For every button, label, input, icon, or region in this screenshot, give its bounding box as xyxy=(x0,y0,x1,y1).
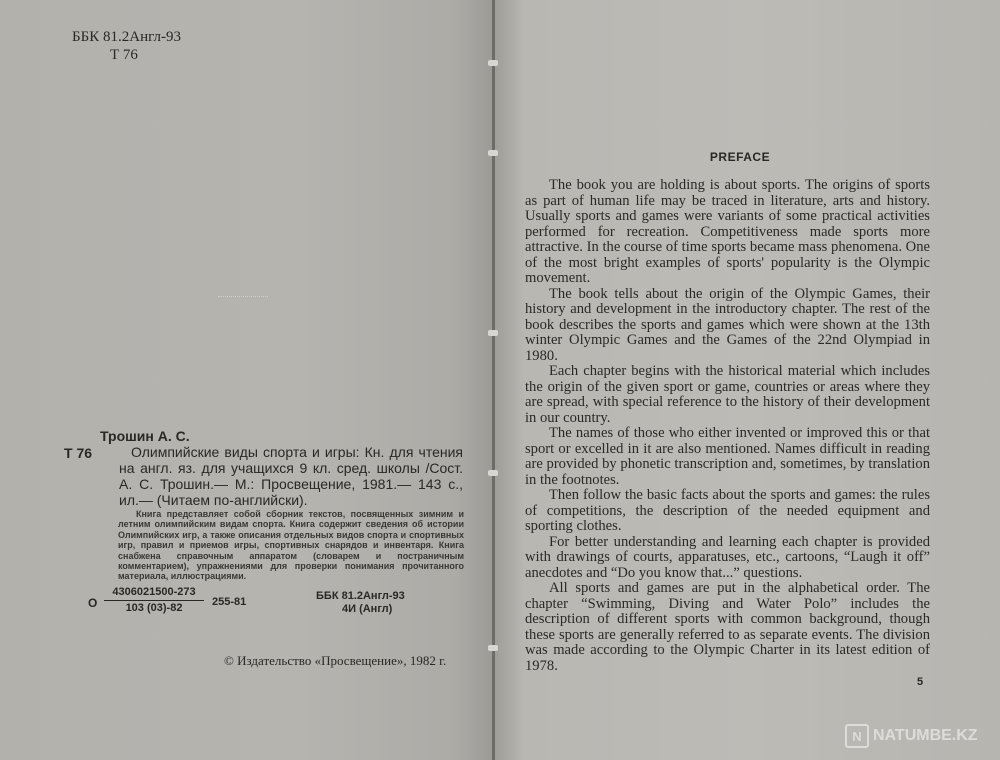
preface-paragraph: The book tells about the origin of the O… xyxy=(525,287,930,365)
index-tail: 255-81 xyxy=(212,596,246,608)
bbk-classification-bottom: ББК 81.2Англ-93 4И (Англ) xyxy=(316,590,405,616)
preface-paragraph: The names of those who either invented o… xyxy=(525,426,930,488)
watermark-logo-icon: N xyxy=(845,724,869,748)
preface-paragraph: The book you are holding is about sports… xyxy=(525,178,930,287)
index-fraction: 4306021500-273 103 (03)-82 xyxy=(104,586,204,614)
author-mark: Т 76 xyxy=(72,46,181,64)
preface-paragraph: Then follow the basic facts about the sp… xyxy=(525,488,930,535)
index-letter: О xyxy=(88,596,97,610)
binding-stitch xyxy=(488,330,498,336)
catalog-code: Т 76 xyxy=(64,445,92,461)
page-number: 5 xyxy=(917,676,923,688)
author-name: Трошин А. С. xyxy=(100,428,190,444)
faint-show-through-mark xyxy=(218,296,268,300)
bbk-classification-top: ББК 81.2Англ-93 Т 76 xyxy=(72,28,181,64)
index-denominator: 103 (03)-82 xyxy=(104,601,204,614)
watermark: N NATUMBE.KZ xyxy=(845,724,978,748)
watermark-text: NATUMBE.KZ xyxy=(873,727,978,745)
bbk-code-bottom: ББК 81.2Англ-93 xyxy=(316,590,405,603)
binding-stitch xyxy=(488,150,498,156)
bbk-code: ББК 81.2Англ-93 xyxy=(72,28,181,46)
left-page: ББК 81.2Англ-93 Т 76 Трошин А. С. Т 76 О… xyxy=(0,0,494,760)
catalog-entry: Олимпийские виды спорта и игры: Кн. для … xyxy=(119,444,463,508)
binding-stitch xyxy=(488,645,498,651)
preface-paragraph: For better understanding and learning ea… xyxy=(525,535,930,582)
binding-stitch xyxy=(488,60,498,66)
binding-stitch xyxy=(488,470,498,476)
book-spread: ББК 81.2Англ-93 Т 76 Трошин А. С. Т 76 О… xyxy=(0,0,1000,760)
index-numerator: 4306021500-273 xyxy=(104,586,204,601)
bbk-subcode-bottom: 4И (Англ) xyxy=(316,603,405,616)
preface-title: PREFACE xyxy=(540,150,940,164)
book-annotation: Книга представляет собой сборник текстов… xyxy=(118,509,464,582)
preface-paragraph: All sports and games are put in the alph… xyxy=(525,581,930,674)
preface-paragraph: Each chapter begins with the historical … xyxy=(525,364,930,426)
copyright-line: © Издательство «Просвещение», 1982 г. xyxy=(224,653,446,669)
preface-body: The book you are holding is about sports… xyxy=(525,178,930,674)
